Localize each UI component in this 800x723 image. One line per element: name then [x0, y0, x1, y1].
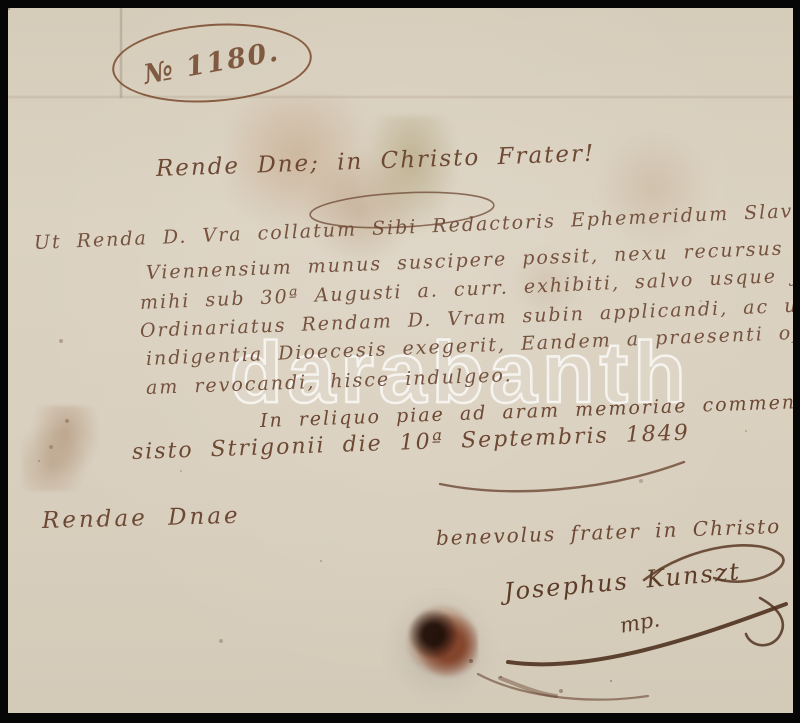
bottom-ink-smudge — [460, 656, 660, 713]
letter-paper: darabanth № 1180. Rende Dne; in Christo … — [8, 8, 793, 713]
address-line: Rendae Dnae — [42, 503, 241, 534]
stain-left-margin — [22, 406, 102, 491]
stamp-number: № 1180. — [142, 36, 283, 90]
body-line: am revocandi, hisce indulgeo. — [146, 364, 513, 399]
stain-right-faint — [598, 118, 708, 258]
salutation: Rende Dne; in Christo Frater! — [156, 141, 596, 182]
dateline-flourish — [428, 454, 698, 498]
scanned-letter-screenshot: { "document": { "stamp_number": "№ 1180.… — [0, 0, 800, 723]
paper-speckles — [8, 8, 10, 10]
horizontal-fold-crease — [8, 96, 793, 98]
